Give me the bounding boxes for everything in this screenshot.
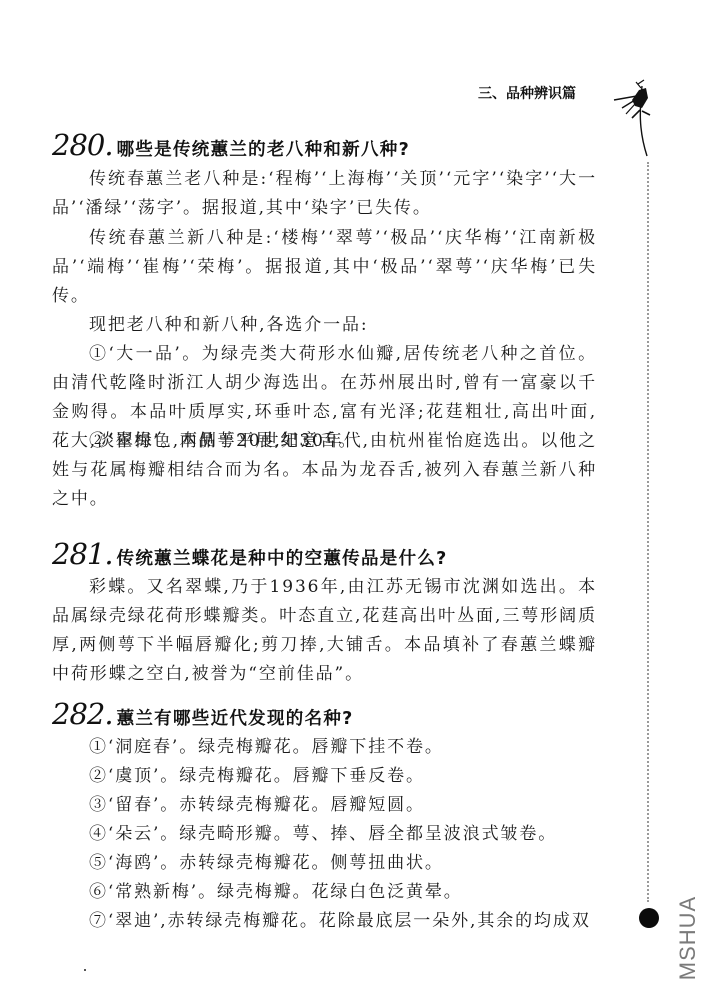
question-heading-281: 281. 传统蕙兰蝶花是种中的空蕙传品是什么?	[52, 537, 448, 571]
list-item: ③‘留春’。赤转绿壳梅瓣花。唇瓣短圆。	[89, 791, 425, 820]
orchid-sprig-icon	[602, 78, 652, 158]
list-item: ④‘朵云’。绿壳畸形瓣。萼、捧、唇全都呈波浪式皱卷。	[89, 820, 557, 849]
question-heading-280: 280. 哪些是传统蕙兰的老八种和新八种?	[52, 128, 410, 162]
running-head: 三、品种辨识篇	[478, 83, 576, 103]
paragraph: 彩蝶。又名翠蝶,乃于1936年,由江苏无锡市沈渊如选出。本品属绿壳绿花荷形蝶瓣类…	[52, 573, 597, 689]
paragraph: 传统春蕙兰新八种是:‘楼梅’‘翠萼’‘极品’‘庆华梅’‘江南新极品’‘端梅’‘崔…	[52, 224, 597, 311]
paragraph: ②‘崔梅’。本品于20世纪30年代,由杭州崔怡庭选出。以他之姓与花属梅瓣相结合而…	[52, 427, 597, 514]
list-item: ⑤‘海鸥’。赤转绿壳梅瓣花。侧萼扭曲状。	[89, 849, 444, 878]
question-number: 282.	[52, 697, 113, 731]
paragraph: 传统春蕙兰老八种是:‘程梅’‘上海梅’‘关顶’‘元字’‘染字’‘大一品’‘潘绿’…	[52, 165, 597, 223]
question-number: 280.	[52, 128, 113, 162]
watermark: MSHUA	[677, 883, 699, 993]
list-item: ②‘虞顶’。绿壳梅瓣花。唇瓣下垂反卷。	[89, 762, 425, 791]
question-title: 蕙兰有哪些近代发现的名种?	[117, 705, 354, 730]
list-item: ⑥‘常熟新梅’。绿壳梅瓣。花绿白色泛黄晕。	[89, 878, 463, 907]
margin-dotted-rule	[647, 162, 649, 902]
question-title: 哪些是传统蕙兰的老八种和新八种?	[117, 136, 410, 161]
list-item: ①‘洞庭春’。绿壳梅瓣花。唇瓣下挂不卷。	[89, 733, 444, 762]
scan-speck	[84, 969, 86, 971]
paragraph: 现把老八种和新八种,各选介一品:	[52, 311, 597, 340]
question-heading-282: 282. 蕙兰有哪些近代发现的名种?	[52, 697, 354, 731]
question-number: 281.	[52, 537, 113, 571]
list-item: ⑦‘翠迪’,赤转绿壳梅瓣花。花除最底层一朵外,其余的均成双	[89, 907, 591, 936]
question-title: 传统蕙兰蝶花是种中的空蕙传品是什么?	[117, 545, 448, 570]
page-marker-dot	[639, 908, 659, 928]
